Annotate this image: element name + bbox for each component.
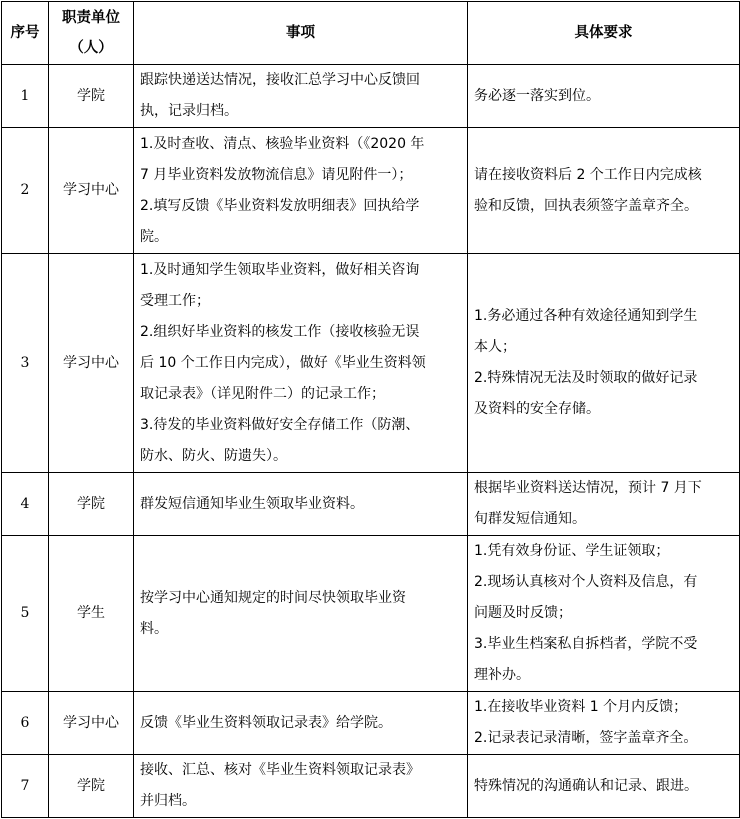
matter-line: 院。 [140, 222, 463, 253]
matter-line: 防水、防火、防遗失）。 [140, 441, 463, 472]
header-matter: 事项 [134, 2, 468, 65]
row-matter: 跟踪快递送达情况，接收汇总学习中心反馈回 执，记录归档。 [134, 65, 468, 128]
matter-line: 并归档。 [140, 786, 463, 817]
row-matter: 按学习中心通知规定的时间尽快领取毕业资 料。 [134, 536, 468, 692]
row-seq: 4 [2, 473, 49, 536]
header-unit-line2: （人） [49, 33, 133, 63]
requirement-line: 验和反馈，回执表须签字盖章齐全。 [474, 191, 735, 222]
row-unit: 学习中心 [49, 128, 134, 254]
requirement-line: 2.现场认真核对个人资料及信息，有 [474, 567, 735, 598]
table-row: 4 学院 群发短信通知毕业生领取毕业资料。 根据毕业资料送达情况，预计 7 月下… [2, 473, 740, 536]
row-matter: 1.及时通知学生领取毕业资料，做好相关咨询 受理工作； 2.组织好毕业资料的核发… [134, 254, 468, 473]
matter-line: 群发短信通知毕业生领取毕业资料。 [140, 489, 463, 520]
matter-line: 取记录表》（详见附件二）的记录工作； [140, 379, 463, 410]
responsibility-table: 序号 职责单位 （人） 事项 具体要求 1 学院 跟踪快递送达情况，接收汇总学习… [1, 1, 740, 818]
matter-line: 接收、汇总、核对《毕业生资料领取记录表》 [140, 755, 463, 786]
matter-line: 按学习中心通知规定的时间尽快领取毕业资 [140, 583, 463, 614]
matter-line: 执，记录归档。 [140, 96, 463, 127]
matter-line: 跟踪快递送达情况，接收汇总学习中心反馈回 [140, 65, 463, 96]
row-matter: 群发短信通知毕业生领取毕业资料。 [134, 473, 468, 536]
matter-line: 1.及时查收、清点、核验毕业资料（《2020 年 [140, 129, 463, 160]
requirement-line: 本人； [474, 332, 735, 363]
row-unit: 学院 [49, 473, 134, 536]
table-row: 7 学院 接收、汇总、核对《毕业生资料领取记录表》 并归档。 特殊情况的沟通确认… [2, 755, 740, 818]
row-seq: 3 [2, 254, 49, 473]
matter-line: 3.待发的毕业资料做好安全存储工作（防潮、 [140, 410, 463, 441]
row-unit: 学院 [49, 755, 134, 818]
matter-line: 反馈《毕业生资料领取记录表》给学院。 [140, 708, 463, 739]
matter-line: 1.及时通知学生领取毕业资料，做好相关咨询 [140, 255, 463, 286]
table-row: 6 学习中心 反馈《毕业生资料领取记录表》给学院。 1.在接收毕业资料 1 个月… [2, 692, 740, 755]
row-unit: 学生 [49, 536, 134, 692]
requirement-line: 根据毕业资料送达情况，预计 7 月下 [474, 473, 735, 504]
row-requirement: 请在接收资料后 2 个工作日内完成核 验和反馈，回执表须签字盖章齐全。 [468, 128, 740, 254]
requirement-line: 理补办。 [474, 660, 735, 691]
requirement-line: 务必逐一落实到位。 [474, 81, 735, 112]
row-seq: 1 [2, 65, 49, 128]
row-requirement: 1.凭有效身份证、学生证领取； 2.现场认真核对个人资料及信息，有 问题及时反馈… [468, 536, 740, 692]
matter-line: 2.组织好毕业资料的核发工作（接收核验无误 [140, 317, 463, 348]
requirement-line: 特殊情况的沟通确认和记录、跟进。 [474, 771, 735, 802]
requirement-line: 及资料的安全存储。 [474, 394, 735, 425]
table-row: 3 学习中心 1.及时通知学生领取毕业资料，做好相关咨询 受理工作； 2.组织好… [2, 254, 740, 473]
row-unit: 学习中心 [49, 254, 134, 473]
row-seq: 6 [2, 692, 49, 755]
matter-line: 2.填写反馈《毕业资料发放明细表》回执给学 [140, 191, 463, 222]
row-requirement: 1.在接收毕业资料 1 个月内反馈； 2.记录表记录清晰，签字盖章齐全。 [468, 692, 740, 755]
row-requirement: 1.务必通过各种有效途径通知到学生 本人； 2.特殊情况无法及时领取的做好记录 … [468, 254, 740, 473]
row-requirement: 特殊情况的沟通确认和记录、跟进。 [468, 755, 740, 818]
matter-line: 受理工作； [140, 286, 463, 317]
requirement-line: 2.记录表记录清晰，签字盖章齐全。 [474, 723, 735, 754]
requirement-line: 问题及时反馈； [474, 598, 735, 629]
row-unit: 学习中心 [49, 692, 134, 755]
requirement-line: 请在接收资料后 2 个工作日内完成核 [474, 160, 735, 191]
requirement-line: 1.在接收毕业资料 1 个月内反馈； [474, 692, 735, 723]
row-matter: 反馈《毕业生资料领取记录表》给学院。 [134, 692, 468, 755]
requirement-line: 1.务必通过各种有效途径通知到学生 [474, 301, 735, 332]
row-requirement: 务必逐一落实到位。 [468, 65, 740, 128]
matter-line: 7 月毕业资料发放物流信息》请见附件一）； [140, 160, 463, 191]
header-seq: 序号 [2, 2, 49, 65]
requirement-line: 2.特殊情况无法及时领取的做好记录 [474, 363, 735, 394]
matter-line: 料。 [140, 614, 463, 645]
requirement-line: 旬群发短信通知。 [474, 504, 735, 535]
matter-line: 后 10 个工作日内完成），做好《毕业生资料领 [140, 348, 463, 379]
row-requirement: 根据毕业资料送达情况，预计 7 月下 旬群发短信通知。 [468, 473, 740, 536]
row-unit: 学院 [49, 65, 134, 128]
header-row: 序号 职责单位 （人） 事项 具体要求 [2, 2, 740, 65]
row-matter: 1.及时查收、清点、核验毕业资料（《2020 年 7 月毕业资料发放物流信息》请… [134, 128, 468, 254]
header-unit: 职责单位 （人） [49, 2, 134, 65]
table-row: 1 学院 跟踪快递送达情况，接收汇总学习中心反馈回 执，记录归档。 务必逐一落实… [2, 65, 740, 128]
row-seq: 2 [2, 128, 49, 254]
row-seq: 7 [2, 755, 49, 818]
table-row: 2 学习中心 1.及时查收、清点、核验毕业资料（《2020 年 7 月毕业资料发… [2, 128, 740, 254]
requirement-line: 1.凭有效身份证、学生证领取； [474, 536, 735, 567]
table-row: 5 学生 按学习中心通知规定的时间尽快领取毕业资 料。 1.凭有效身份证、学生证… [2, 536, 740, 692]
header-requirement: 具体要求 [468, 2, 740, 65]
row-seq: 5 [2, 536, 49, 692]
header-unit-line1: 职责单位 [49, 3, 133, 33]
row-matter: 接收、汇总、核对《毕业生资料领取记录表》 并归档。 [134, 755, 468, 818]
requirement-line: 3.毕业生档案私自拆档者，学院不受 [474, 629, 735, 660]
